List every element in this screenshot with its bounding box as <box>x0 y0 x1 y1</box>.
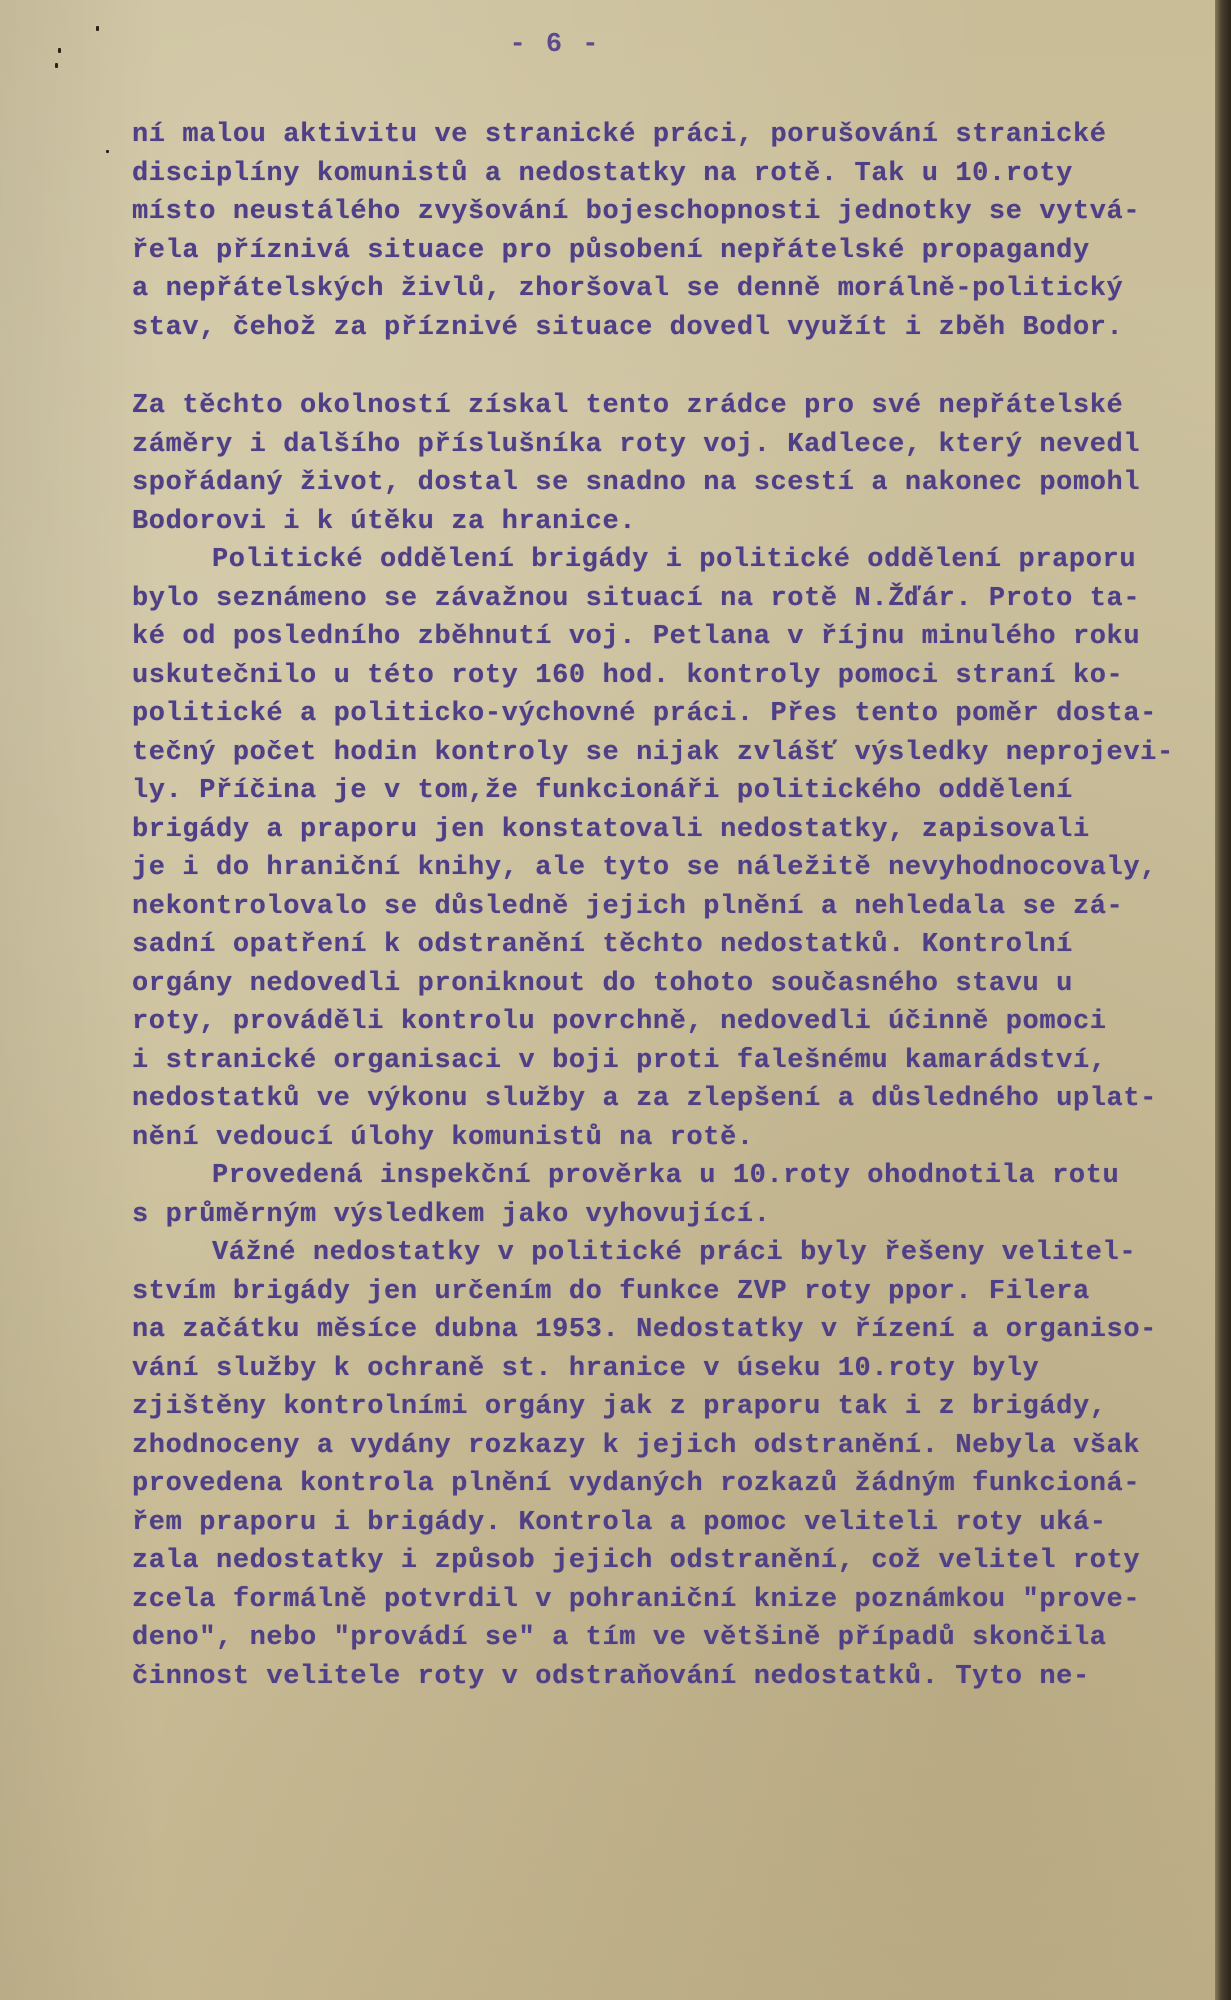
text-line: uskutečnilo u této roty 160 hod. kontrol… <box>132 657 1212 696</box>
text-line: záměry i dalšího příslušníka roty voj. K… <box>132 426 1212 465</box>
paper-speck <box>106 150 109 153</box>
text-line: spořádaný život, dostal se snadno na sce… <box>132 464 1212 503</box>
text-line: řem praporu i brigády. Kontrola a pomoc … <box>132 1504 1212 1543</box>
page-number: - 6 - <box>0 30 1110 60</box>
text-line: nedostatků ve výkonu služby a za zlepšen… <box>132 1080 1212 1119</box>
paragraph: Vážné nedostatky v politické práci byly … <box>132 1234 1212 1696</box>
text-line: zala nedostatky i způsob jejich odstraně… <box>132 1542 1212 1581</box>
text-line: politické a politicko-výchovné práci. Př… <box>132 695 1212 734</box>
text-line: činnost velitele roty v odstraňování ned… <box>132 1658 1212 1697</box>
page-edge-shadow <box>1215 0 1231 2000</box>
text-line: provedena kontrola plnění vydaných rozka… <box>132 1465 1212 1504</box>
text-line: bylo seznámeno se závažnou situací na ro… <box>132 580 1212 619</box>
text-line: stvím brigády jen určením do funkce ZVP … <box>132 1273 1212 1312</box>
text-line: je i do hraniční knihy, ale tyto se nále… <box>132 849 1212 888</box>
text-line: i stranické organisaci v boji proti fale… <box>132 1042 1212 1081</box>
text-line: na začátku měsíce dubna 1953. Nedostatky… <box>132 1311 1212 1350</box>
text-line: Vážné nedostatky v politické práci byly … <box>132 1234 1212 1273</box>
text-line: řela příznivá situace pro působení nepřá… <box>132 232 1212 271</box>
text-line: a nepřátelských živlů, zhoršoval se denn… <box>132 270 1212 309</box>
text-line: Bodorovi i k útěku za hranice. <box>132 503 1212 542</box>
text-line: vání služby k ochraně st. hranice v úsek… <box>132 1350 1212 1389</box>
text-line: sadní opatření k odstranění těchto nedos… <box>132 926 1212 965</box>
text-line: místo neustálého zvyšování bojeschopnost… <box>132 193 1212 232</box>
text-line: stav, čehož za příznivé situace dovedl v… <box>132 309 1212 348</box>
paragraph: Za těchto okolností získal tento zrádce … <box>132 387 1212 541</box>
paragraph: ní malou aktivitu ve stranické práci, po… <box>132 116 1212 347</box>
text-line: roty, prováděli kontrolu povrchně, nedov… <box>132 1003 1212 1042</box>
text-line: tečný počet hodin kontroly se nijak zvlá… <box>132 734 1212 773</box>
document-body: ní malou aktivitu ve stranické práci, po… <box>132 116 1212 1696</box>
text-line: s průměrným výsledkem jako vyhovující. <box>132 1196 1212 1235</box>
text-line: Provedená inspekční prověrka u 10.roty o… <box>132 1157 1212 1196</box>
paragraph: Provedená inspekční prověrka u 10.roty o… <box>132 1157 1212 1234</box>
text-line: nění vedoucí úlohy komunistů na rotě. <box>132 1119 1212 1158</box>
text-line: nekontrolovalo se důsledně jejich plnění… <box>132 888 1212 927</box>
text-line: ly. Příčina je v tom,že funkcionáři poli… <box>132 772 1212 811</box>
text-line: orgány nedovedli proniknout do tohoto so… <box>132 965 1212 1004</box>
text-line: Politické oddělení brigády i politické o… <box>132 541 1212 580</box>
text-line: Za těchto okolností získal tento zrádce … <box>132 387 1212 426</box>
text-line: zjištěny kontrolními orgány jak z prapor… <box>132 1388 1212 1427</box>
text-line: zcela formálně potvrdil v pohraniční kni… <box>132 1581 1212 1620</box>
text-line: zhodnoceny a vydány rozkazy k jejich ods… <box>132 1427 1212 1466</box>
paragraph: Politické oddělení brigády i politické o… <box>132 541 1212 1157</box>
text-line: ní malou aktivitu ve stranické práci, po… <box>132 116 1212 155</box>
text-line: brigády a praporu jen konstatovali nedos… <box>132 811 1212 850</box>
text-line: ké od posledního zběhnutí voj. Petlana v… <box>132 618 1212 657</box>
text-line: disciplíny komunistů a nedostatky na rot… <box>132 155 1212 194</box>
text-line: deno", nebo "provádí se" a tím ve většin… <box>132 1619 1212 1658</box>
paper-speck <box>55 63 58 68</box>
paragraph-gap <box>132 347 1212 387</box>
